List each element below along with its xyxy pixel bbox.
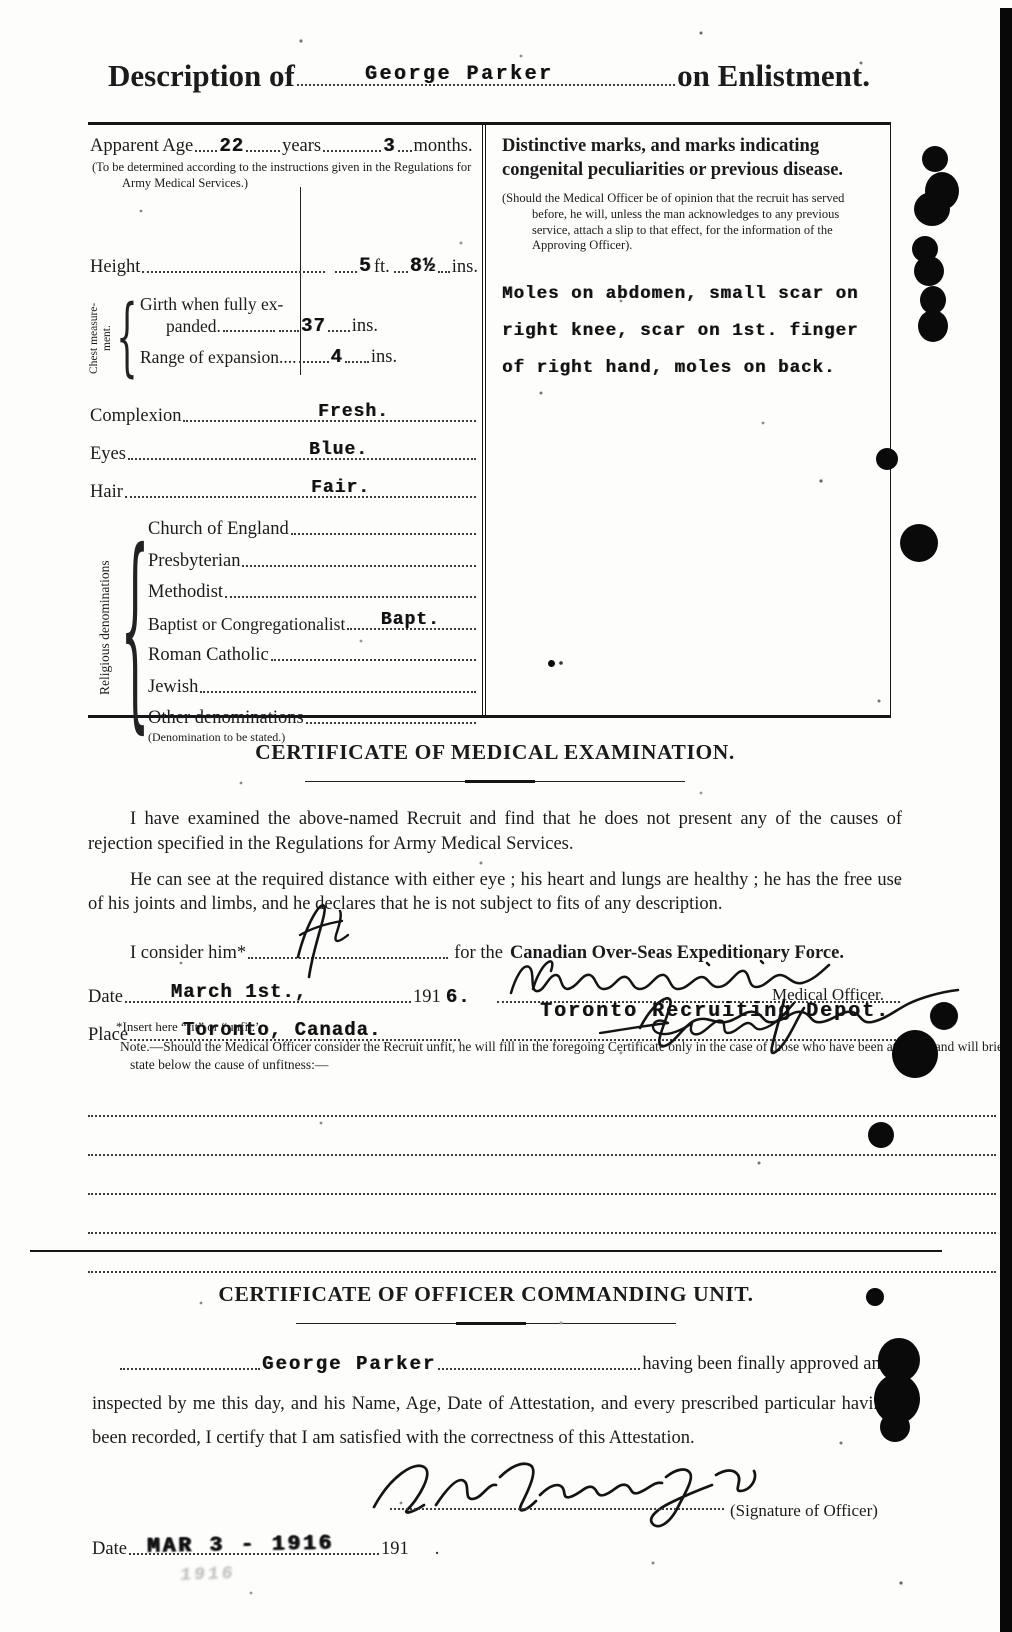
officer-name-row: George Parker having been finally approv… bbox=[118, 1353, 890, 1375]
religion-label-presbyterian: Presbyterian bbox=[148, 551, 240, 572]
medical-certificate-section: CERTIFICATE OF MEDICAL EXAMINATION. I ha… bbox=[88, 712, 902, 1252]
ink-blot bbox=[880, 1412, 910, 1442]
religion-row: Methodist bbox=[148, 582, 478, 603]
range-value: 4 bbox=[331, 346, 343, 368]
chest-brace: { bbox=[114, 294, 140, 382]
marks-heading: Distinctive marks, and marks indicating … bbox=[502, 135, 878, 182]
height-inches-value: 8½ bbox=[410, 255, 436, 278]
height-feet-value: 5 bbox=[359, 255, 372, 278]
officer-signature-caption: (Signature of Officer) bbox=[730, 1501, 878, 1521]
officer-name-typed: George Parker bbox=[262, 1353, 436, 1375]
age-years-word: years bbox=[282, 136, 321, 157]
officer-year-printed: 191 bbox=[381, 1539, 409, 1560]
religion-label-jewish: Jewish bbox=[148, 677, 198, 698]
ink-blot bbox=[876, 448, 898, 470]
officer-body-text: inspected by me this day, and his Name, … bbox=[92, 1387, 892, 1455]
ink-blot bbox=[866, 1288, 884, 1306]
medical-date-typed: March 1st., bbox=[171, 981, 307, 1003]
religion-value-bapt: Bapt. bbox=[381, 610, 440, 630]
fit-footnote: *Insert here “fit” or “unfit.’ bbox=[116, 1019, 259, 1035]
section-divider bbox=[305, 780, 685, 783]
religion-label-baptist: Baptist or Congregationalist bbox=[148, 614, 345, 635]
title-suffix: on Enlistment. bbox=[677, 58, 870, 94]
height-ft-word: ft. bbox=[374, 257, 390, 278]
religion-row: Baptist or Congregationalist Bapt. bbox=[148, 614, 478, 635]
officer-trailing-dot: . bbox=[435, 1539, 440, 1560]
blank-dotted-line bbox=[88, 1078, 996, 1117]
blank-dotted-line bbox=[88, 1195, 996, 1234]
ink-blot bbox=[914, 256, 944, 286]
description-table: Apparent Age 22 years 3 months. (To be d… bbox=[88, 122, 891, 718]
girth-label-line2: panded. bbox=[166, 316, 221, 337]
religion-label-church-of-england: Church of England bbox=[148, 519, 289, 540]
religion-group-label: Religious denominations bbox=[88, 519, 122, 737]
age-months-word: months. bbox=[414, 136, 473, 157]
approved-text: having been finally approved and bbox=[642, 1354, 890, 1375]
religion-label-methodist: Methodist bbox=[148, 582, 223, 603]
section-divider bbox=[296, 1322, 676, 1325]
religion-row: Roman Catholic bbox=[148, 645, 478, 666]
complexion-row: Complexion Fresh. bbox=[90, 406, 478, 427]
range-label: Range of expansion.... bbox=[140, 347, 297, 368]
scanned-attestation-form: Description of George Parker on Enlistme… bbox=[0, 0, 1012, 1632]
medical-para-sight: He can see at the required distance with… bbox=[88, 868, 902, 918]
age-years-value: 22 bbox=[219, 135, 244, 157]
religion-row: Jewish bbox=[148, 677, 478, 698]
girth-unit: ins. bbox=[352, 316, 378, 337]
date-stamp: MAR 3 - 1916 bbox=[147, 1533, 335, 1559]
scan-noise-speckles bbox=[0, 0, 2, 2]
consider-prefix: I consider him* bbox=[130, 943, 246, 964]
religion-brace: { bbox=[122, 519, 148, 737]
date-stamp-ghost: 1916 bbox=[179, 1562, 301, 1586]
title-prefix: Description of bbox=[108, 58, 295, 94]
girth-row: panded. 37 ins. bbox=[140, 315, 478, 337]
medical-certificate-heading: CERTIFICATE OF MEDICAL EXAMINATION. bbox=[88, 740, 902, 765]
officer-signature bbox=[360, 1449, 760, 1535]
recruit-name-typed: George Parker bbox=[365, 63, 554, 86]
title-name-line: George Parker bbox=[297, 84, 675, 86]
girth-value: 37 bbox=[301, 315, 326, 337]
medical-para-examined: I have examined the above-named Recruit … bbox=[88, 807, 902, 857]
range-unit: ins. bbox=[371, 347, 397, 368]
ink-blot bbox=[922, 146, 948, 172]
girth-label-line1: Girth when fully ex- bbox=[140, 294, 478, 315]
ink-blot bbox=[548, 660, 555, 667]
apparent-age-row: Apparent Age 22 years 3 months. bbox=[90, 135, 478, 157]
unfitness-blank-lines bbox=[88, 1078, 996, 1273]
year-printed: 191 bbox=[413, 987, 441, 1008]
marks-typed-line: of right hand, moles on back. bbox=[502, 358, 878, 378]
ink-blot bbox=[892, 1030, 938, 1078]
description-left-column: Apparent Age 22 years 3 months. (To be d… bbox=[88, 125, 482, 715]
officer-date-row: Date MAR 3 - 1916 191 . bbox=[92, 1539, 512, 1560]
ink-blot bbox=[930, 1002, 958, 1030]
blank-dotted-line bbox=[88, 1156, 996, 1195]
apparent-age-note: (To be determined according to the instr… bbox=[92, 160, 494, 191]
apparent-age-label: Apparent Age bbox=[90, 136, 193, 157]
religion-label-roman-catholic: Roman Catholic bbox=[148, 645, 269, 666]
height-ins-word: ins. bbox=[452, 257, 478, 278]
age-months-value: 3 bbox=[383, 135, 395, 157]
blank-dotted-line bbox=[88, 1117, 996, 1156]
range-row: Range of expansion.... 4 ins. bbox=[140, 346, 478, 368]
complexion-label: Complexion bbox=[90, 406, 181, 427]
height-label: Height bbox=[90, 257, 140, 278]
complexion-value: Fresh. bbox=[318, 402, 389, 422]
ink-blot bbox=[918, 310, 948, 342]
chest-group-label: Chest measure- ment. bbox=[88, 294, 114, 382]
eyes-label: Eyes bbox=[90, 444, 126, 465]
marks-typed-line: Moles on abdomen, small scar on bbox=[502, 284, 878, 304]
consider-mid: for the bbox=[454, 943, 503, 964]
hair-row: Hair Fair. bbox=[90, 482, 478, 503]
chest-measurement-group: Chest measure- ment. { Girth when fully … bbox=[88, 294, 478, 382]
height-row: Height 5 ft. 8½ ins. bbox=[90, 255, 478, 278]
officer-certificate-heading: CERTIFICATE OF OFFICER COMMANDING UNIT. bbox=[30, 1282, 942, 1307]
ink-blot bbox=[868, 1122, 894, 1148]
religion-row: Church of England bbox=[148, 519, 478, 540]
religion-row: Presbyterian bbox=[148, 551, 478, 572]
officer-certificate-section: CERTIFICATE OF OFFICER COMMANDING UNIT. … bbox=[30, 1250, 942, 1592]
ink-blot bbox=[900, 524, 938, 562]
marks-typed-line: right knee, scar on 1st. finger bbox=[502, 321, 878, 341]
ink-blot bbox=[914, 192, 950, 226]
form-title: Description of George Parker on Enlistme… bbox=[108, 58, 870, 94]
medical-date-label: Date bbox=[88, 987, 123, 1008]
fit-handwriting bbox=[284, 897, 380, 983]
officer-signature-block: (Signature of Officer) bbox=[30, 1457, 942, 1535]
scanner-edge-band bbox=[1000, 8, 1012, 1632]
officer-signature-line bbox=[390, 1508, 724, 1510]
inner-divider-line bbox=[300, 187, 301, 375]
medical-note: Note.—Should the Medical Officer conside… bbox=[90, 1038, 1012, 1073]
marks-note: (Should the Medical Officer be of opinio… bbox=[502, 191, 878, 254]
eyes-row: Eyes Blue. bbox=[90, 444, 478, 465]
distinctive-marks-column: Distinctive marks, and marks indicating … bbox=[482, 125, 890, 715]
officer-date-label: Date bbox=[92, 1539, 127, 1560]
year-typed: 6. bbox=[446, 986, 471, 1008]
eyes-value: Blue. bbox=[309, 440, 368, 460]
hair-value: Fair. bbox=[311, 478, 370, 498]
hair-label: Hair bbox=[90, 482, 123, 503]
